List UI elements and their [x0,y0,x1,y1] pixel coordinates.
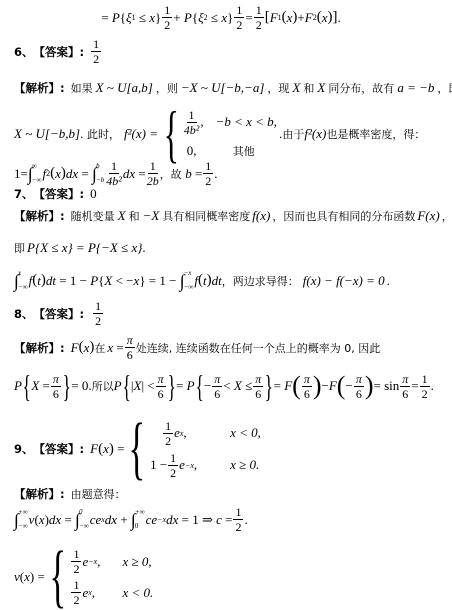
q7-answer: 7、 【答案】: 0 [14,186,97,202]
answer-fraction: 12 [91,38,101,65]
answer-fraction: 12 [93,300,103,327]
q8-analysis-line-1: 【解析】: F(x) 在 x = π6 处连续, 连续函数在任何一个点上的概率为… [14,334,380,361]
q6-answer: 6、 【答案】: 12 [14,38,102,65]
q8-analysis-line-2: P{ X = π6 }= 0. 所以 P{ |X| < π6 }= P{ − π… [14,370,434,402]
q7-analysis-line-2: 即 P{X ≤ x} = P{−X ≤ x} . [14,240,146,256]
q9-answer: 9、 【答案】: F(x) = { 12ex, x < 0, 1 − 12e−x… [14,414,261,484]
equation-line-0: = P {ξ1 ≤ x} 12 + P {ξ2 ≤ x} 12 = 12 [F1… [98,4,341,31]
left-brace: { [49,542,66,610]
piecewise-cases: 12ex, x < 0, 1 − 12e−x, x ≥ 0. [150,417,261,481]
left-brace: { [129,414,146,484]
piecewise-cases: 14b², −b < x < b, 0, 其他 [183,105,277,163]
q9-analysis-line-1: ∫ +∞−∞ v(x)dx = ∫ 0−∞ cexdx + ∫ +∞0 ce−x… [14,506,248,533]
fraction-half: 12 [234,4,244,31]
q7-analysis-line-3: ∫ x−∞ f(t)dt = 1 − P{X < −x} = 1 − ∫ −x−… [14,270,390,291]
q6-analysis-line-1: 【解析】: 如果 X ~ U[a,b] ，则 −X ~ U[−b,−a] ，现 … [14,80,452,96]
fraction-half: 12 [254,4,264,31]
left-brace: { [164,102,179,166]
q6-analysis-line-2: X ~ U[−b,b] . 此时， f²(x) = { 14b², −b < x… [14,102,425,166]
q7-analysis-line-1: 【解析】: 随机变量 X 和 −X 具有相同概率密度 f(x) ，因而也具有相同… [14,208,452,224]
piecewise-cases: 12e−x, x ≥ 0, 12ex, x < 0. [70,546,153,608]
fraction-half: 12 [162,4,172,31]
q9-analysis-line-2: v(x) = { 12e−x, x ≥ 0, 12ex, x < 0. [14,542,153,610]
q8-answer: 8、 【答案】: 12 [14,300,104,327]
q6-analysis-line-3: 1= ∫ ∞−∞ f2(x)dx = ∫ b−b 14b²dx = 12b ，故… [14,160,218,187]
q9-analysis-label: 【解析】: 由题意得： [14,486,126,502]
